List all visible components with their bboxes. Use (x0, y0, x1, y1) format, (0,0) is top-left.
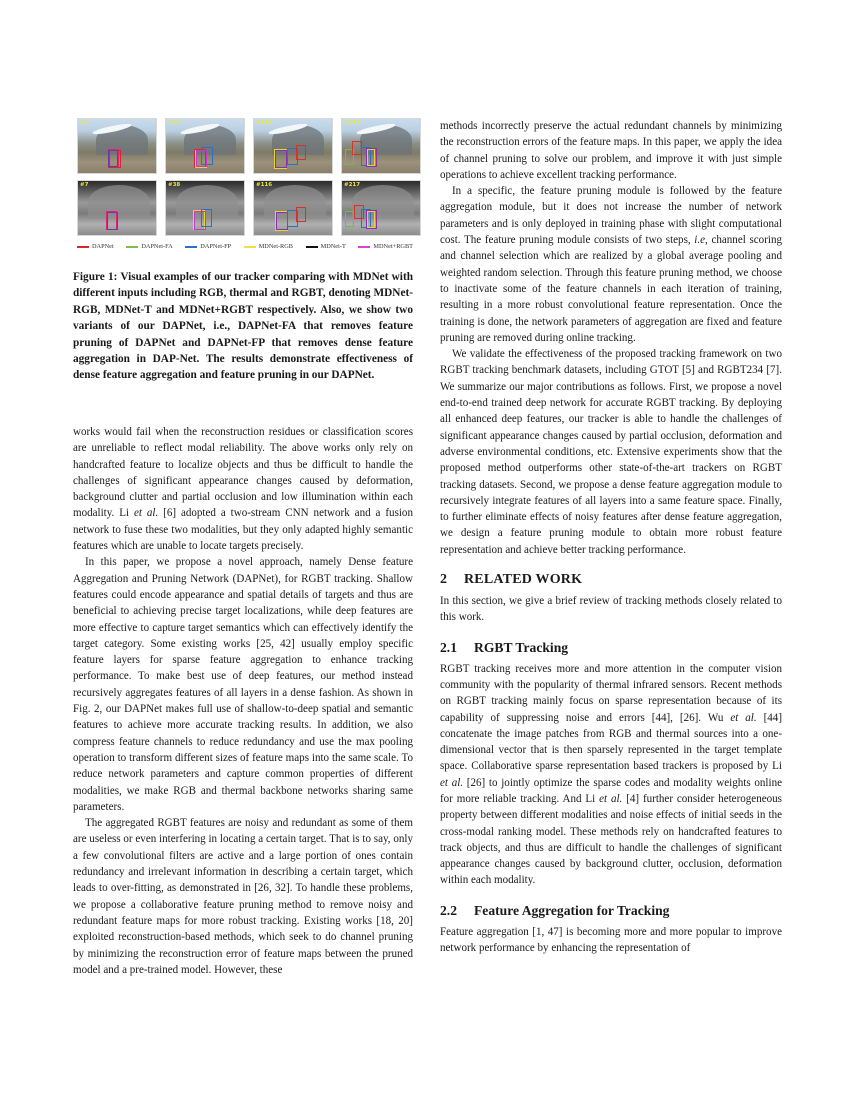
paragraph: The aggregated RGBT features are noisy a… (73, 815, 413, 978)
figure-legend: DAPNetDAPNet-FADAPNet-FPMDNet-RGBMDNet-T… (77, 243, 413, 250)
paragraph: works would fail when the reconstruction… (73, 424, 413, 554)
frame-number-label: #7 (80, 182, 88, 188)
right-column: methods incorrectly preserve the actual … (440, 118, 782, 956)
legend-line-icon (185, 246, 197, 248)
legend-item: DAPNet-FA (126, 243, 172, 250)
frame-number-label: #7 (80, 120, 88, 126)
left-column-top: #7#38#116#217#7#38#116#217 DAPNetDAPNet-… (73, 118, 413, 384)
paragraph: Feature aggregation [1, 47] is becoming … (440, 924, 782, 957)
legend-item: DAPNet-FP (185, 243, 231, 250)
tracking-frame-th: #7 (77, 180, 157, 236)
bounding-box (345, 211, 354, 227)
tracking-frame-th: #116 (253, 180, 333, 236)
bounding-box (275, 150, 287, 168)
paragraph: In a specific, the feature pruning modul… (440, 183, 782, 346)
tracking-frame-rgb: #38 (165, 118, 245, 174)
paragraph: We validate the effectiveness of the pro… (440, 346, 782, 558)
paragraph: RGBT tracking receives more and more att… (440, 661, 782, 889)
bounding-box (107, 212, 118, 230)
tracking-frame-th: #217 (341, 180, 421, 236)
paragraph: methods incorrectly preserve the actual … (440, 118, 782, 183)
legend-line-icon (244, 246, 256, 248)
legend-label: MDNet+RGBT (373, 243, 413, 250)
legend-item: MDNet+RGBT (358, 243, 413, 250)
bounding-box (196, 150, 207, 167)
tracking-frame-th: #38 (165, 180, 245, 236)
tracking-frame-rgb: #217 (341, 118, 421, 174)
legend-label: MDNet-T (321, 243, 346, 250)
legend-label: DAPNet (92, 243, 114, 250)
bounding-box (296, 145, 306, 160)
frame-number-label: #217 (344, 120, 360, 126)
legend-line-icon (358, 246, 370, 248)
frame-number-label: #38 (168, 120, 180, 126)
figure-caption: Figure 1: Visual examples of our tracker… (73, 269, 413, 384)
figure-image-grid: #7#38#116#217#7#38#116#217 (77, 118, 413, 236)
bounding-box (296, 207, 306, 222)
legend-label: DAPNet-FA (141, 243, 172, 250)
paragraph: In this section, we give a brief review … (440, 593, 782, 626)
legend-line-icon (126, 246, 138, 248)
subsection-heading-feature-aggregation: 2.2Feature Aggregation for Tracking (440, 903, 782, 919)
legend-item: MDNet-RGB (244, 243, 293, 250)
frame-number-label: #116 (256, 182, 272, 188)
bounding-box (367, 211, 375, 228)
legend-item: MDNet-T (306, 243, 346, 250)
bounding-box (201, 209, 212, 227)
frame-number-label: #116 (256, 120, 272, 126)
legend-line-icon (306, 246, 318, 248)
tracking-frame-rgb: #7 (77, 118, 157, 174)
figure-1: #7#38#116#217#7#38#116#217 DAPNetDAPNet-… (73, 118, 413, 384)
paragraph: In this paper, we propose a novel approa… (73, 554, 413, 815)
bounding-box (367, 149, 375, 166)
tracking-frame-rgb: #116 (253, 118, 333, 174)
frame-number-label: #217 (344, 182, 360, 188)
subsection-heading-rgbt-tracking: 2.1RGBT Tracking (440, 640, 782, 656)
section-heading-related-work: 2RELATED WORK (440, 572, 782, 588)
legend-label: DAPNet-FP (200, 243, 231, 250)
left-column-body: works would fail when the reconstruction… (73, 424, 413, 978)
legend-line-icon (77, 246, 89, 248)
frame-number-label: #38 (168, 182, 180, 188)
legend-label: MDNet-RGB (259, 243, 293, 250)
legend-item: DAPNet (77, 243, 114, 250)
bounding-box (108, 150, 118, 167)
